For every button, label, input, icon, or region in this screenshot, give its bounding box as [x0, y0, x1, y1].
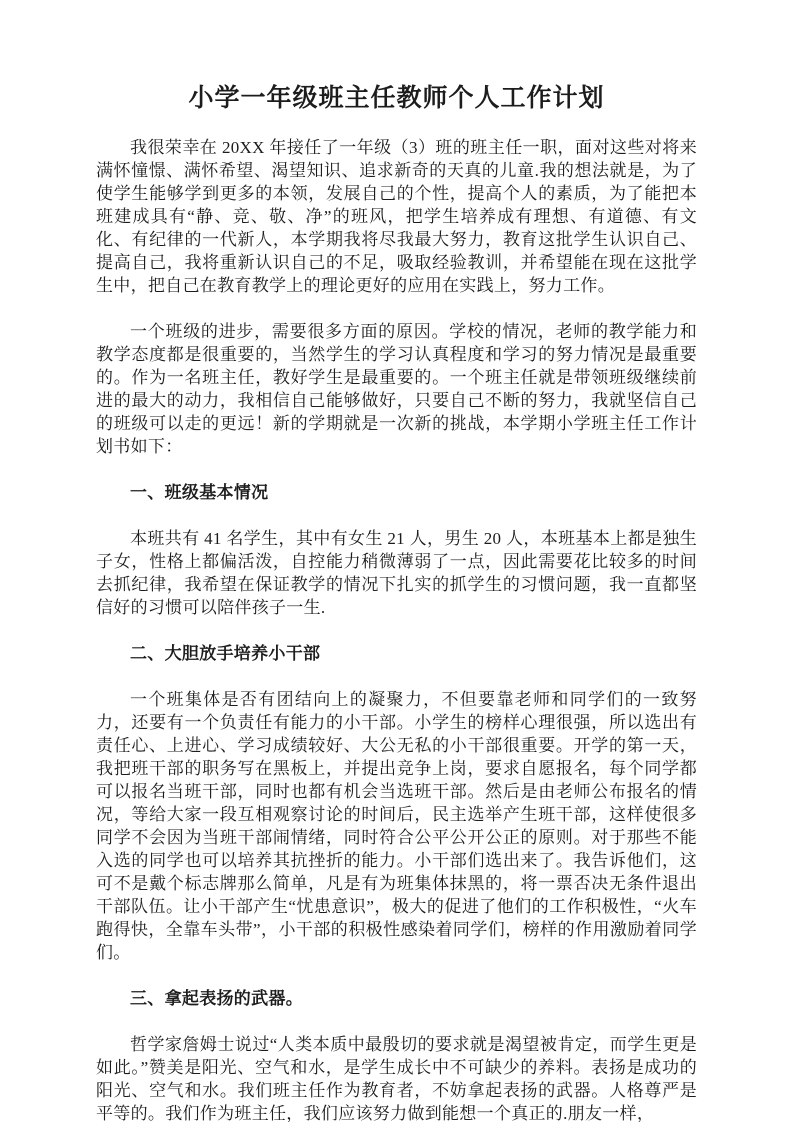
document-page: 小学一年级班主任教师个人工作计划 我很荣幸在 20XX 年接任了一年级（3）班的… [0, 0, 793, 1122]
document-body: 我很荣幸在 20XX 年接任了一年级（3）班的班主任一职，面对这些对将来满怀憧憬… [96, 136, 697, 1122]
paragraph: 本班共有 41 名学生，其中有女生 21 人，男生 20 人，本班基本上都是独生… [96, 527, 697, 619]
section-heading: 三、拿起表扬的武器。 [96, 987, 697, 1010]
section-heading: 二、大胆放手培养小干部 [96, 642, 697, 665]
paragraph: 一个班级的进步，需要很多方面的原因。学校的情况，老师的教学能力和教学态度都是很重… [96, 320, 697, 458]
paragraph: 我很荣幸在 20XX 年接任了一年级（3）班的班主任一职，面对这些对将来满怀憧憬… [96, 136, 697, 297]
section-heading: 一、班级基本情况 [96, 481, 697, 504]
paragraph: 哲学家詹姆士说过“人类本质中最殷切的要求就是渴望被肯定，而学生更是如此。”赞美是… [96, 1033, 697, 1122]
paragraph: 一个班集体是否有团结向上的凝聚力，不但要靠老师和同学们的一致努力，还要有一个负责… [96, 688, 697, 964]
document-title: 小学一年级班主任教师个人工作计划 [96, 84, 697, 114]
